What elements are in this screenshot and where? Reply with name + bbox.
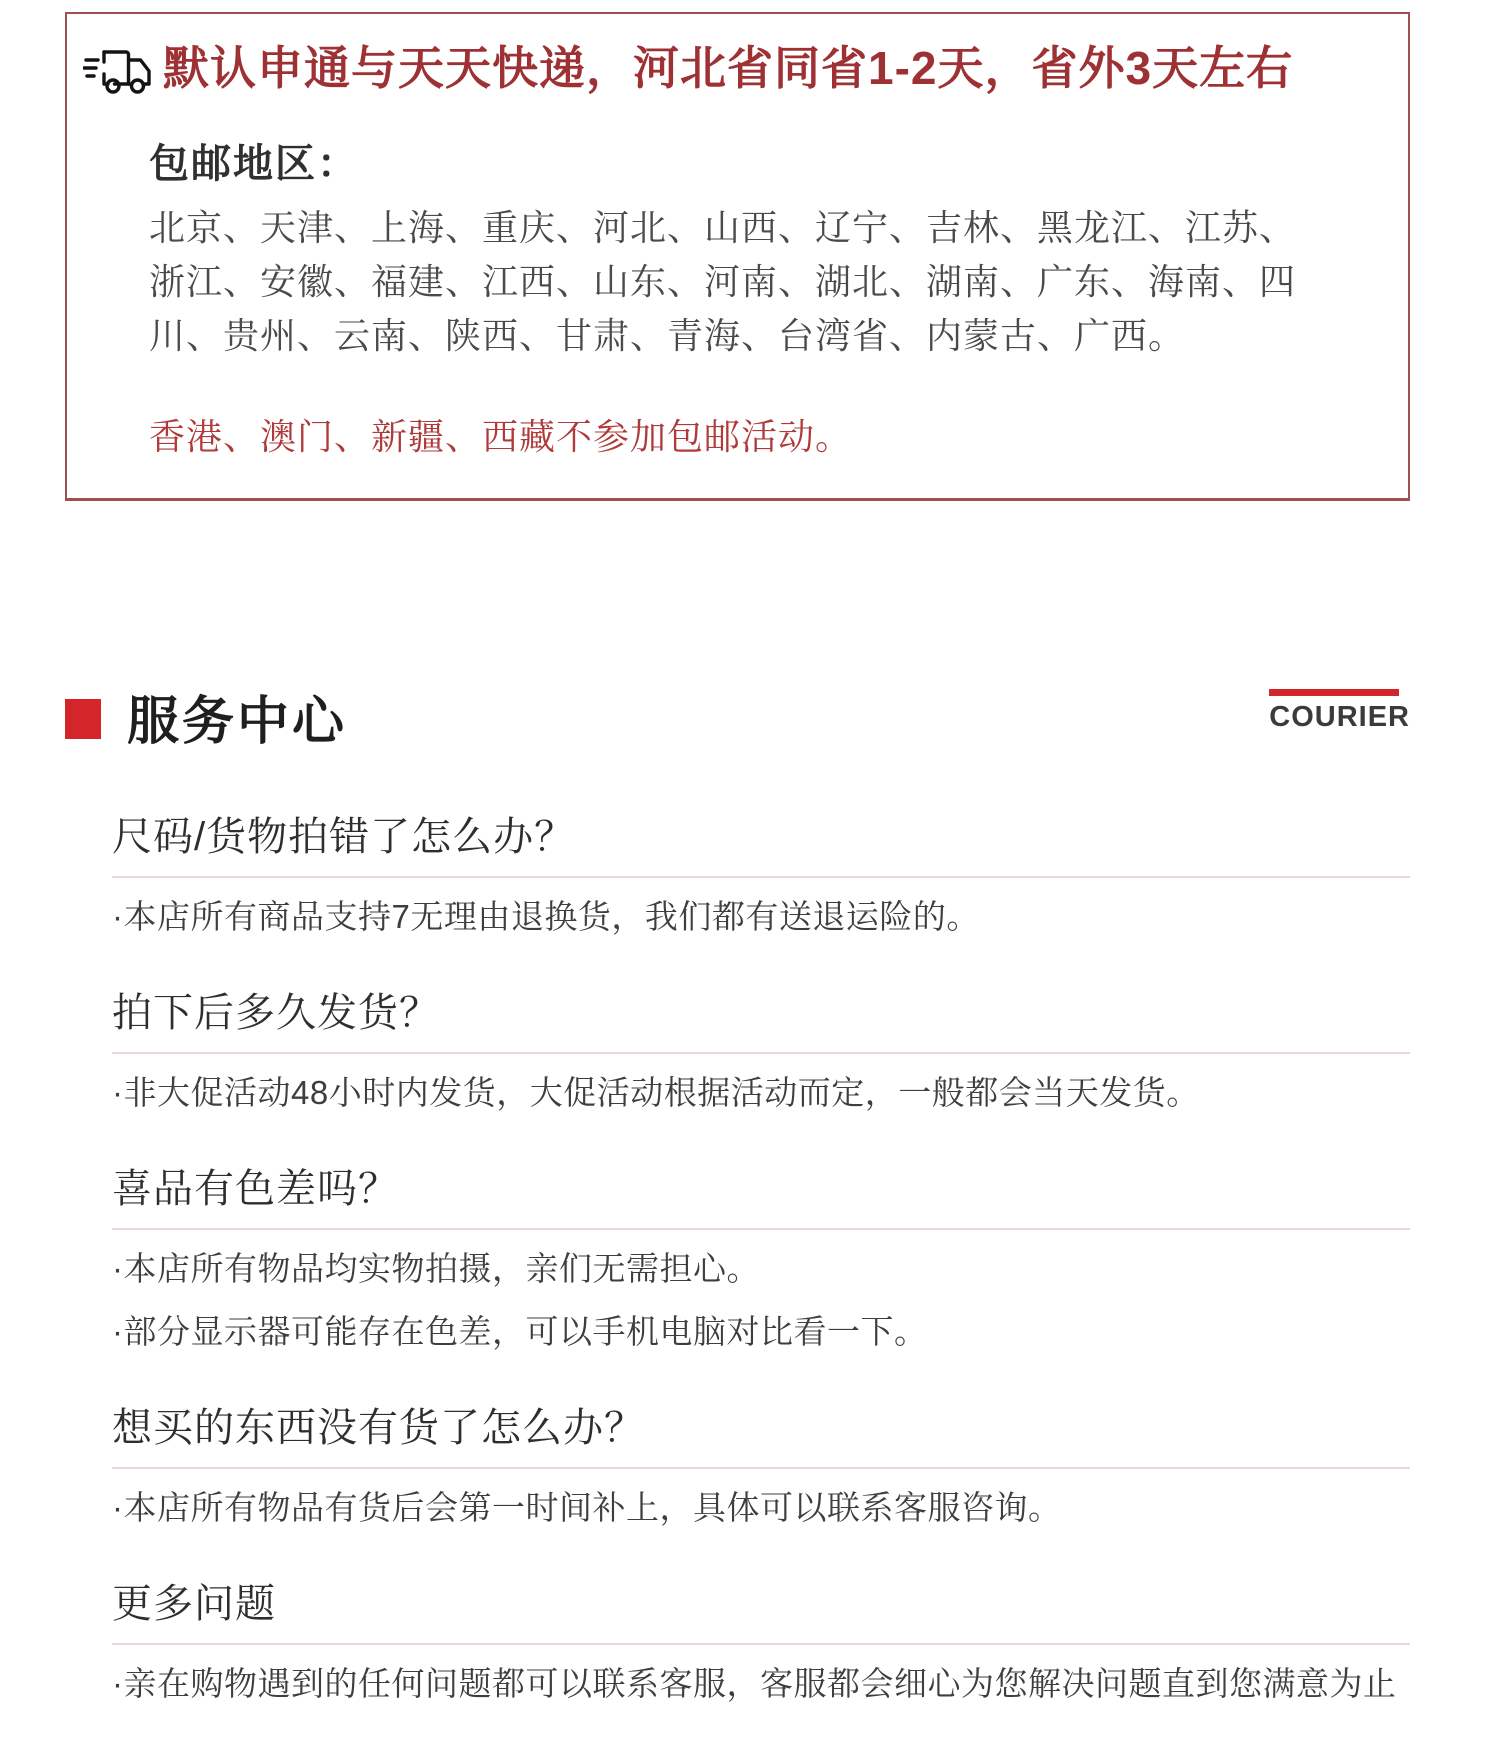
section-title: 服务中心	[127, 679, 347, 754]
faq-divider	[112, 1467, 1410, 1469]
faq-answer: ·亲在购物遇到的任何问题都可以联系客服，客服都会细心为您解决问题直到您满意为止	[112, 1661, 1410, 1707]
faq-list: 尺码/货物拍错了怎么办？·本店所有商品支持7无理由退换货，我们都有送退运险的。拍…	[112, 812, 1410, 1707]
service-center-header: 服务中心 COURIER	[65, 679, 1410, 754]
faq-item: 尺码/货物拍错了怎么办？·本店所有商品支持7无理由退换货，我们都有送退运险的。	[112, 812, 1410, 940]
faq-question: 更多问题	[112, 1579, 1410, 1629]
shipping-headline: 默认申通与天天快递，河北省同省1-2天，省外3天左右	[83, 40, 1378, 98]
faq-answer: ·本店所有商品支持7无理由退换货，我们都有送退运险的。	[112, 894, 1410, 940]
faq-divider	[112, 1228, 1410, 1230]
faq-answer: ·非大促活动48小时内发货，大促活动根据活动而定，一般都会当天发货。	[112, 1070, 1410, 1116]
faq-answer: ·本店所有物品有货后会第一时间补上，具体可以联系客服咨询。	[112, 1485, 1410, 1531]
faq-divider	[112, 1052, 1410, 1054]
faq-divider	[112, 876, 1410, 878]
faq-question: 喜品有色差吗？	[112, 1164, 1410, 1214]
shipping-headline-text: 默认申通与天天快递，河北省同省1-2天，省外3天左右	[163, 41, 1293, 96]
courier-label: COURIER	[1269, 701, 1410, 734]
faq-divider	[112, 1643, 1410, 1645]
faq-item: 喜品有色差吗？·本店所有物品均实物拍摄，亲们无需担心。·部分显示器可能存在色差，…	[112, 1164, 1410, 1354]
faq-question: 尺码/货物拍错了怎么办？	[112, 812, 1410, 862]
excluded-regions-note: 香港、澳门、新疆、西藏不参加包邮活动。	[149, 409, 1378, 460]
faq-answer: ·部分显示器可能存在色差，可以手机电脑对比看一下。	[112, 1309, 1410, 1355]
free-shipping-regions-title: 包邮地区：	[149, 132, 1378, 189]
faq-question: 拍下后多久发货？	[112, 988, 1410, 1038]
truck-icon	[83, 40, 155, 98]
faq-item: 拍下后多久发货？·非大促活动48小时内发货，大促活动根据活动而定，一般都会当天发…	[112, 988, 1410, 1116]
courier-red-bar	[1269, 689, 1399, 696]
faq-item: 想买的东西没有货了怎么办？·本店所有物品有货后会第一时间补上，具体可以联系客服咨…	[112, 1403, 1410, 1531]
courier-badge: COURIER	[1269, 689, 1410, 734]
faq-answer: ·本店所有物品均实物拍摄，亲们无需担心。	[112, 1246, 1410, 1292]
red-square-bullet-icon	[65, 699, 101, 739]
shipping-notice-box: 默认申通与天天快递，河北省同省1-2天，省外3天左右 包邮地区： 北京、天津、上…	[65, 12, 1410, 501]
free-shipping-regions-list: 北京、天津、上海、重庆、河北、山西、辽宁、吉林、黑龙江、江苏、浙江、安徽、福建、…	[149, 201, 1329, 363]
faq-item: 更多问题·亲在购物遇到的任何问题都可以联系客服，客服都会细心为您解决问题直到您满…	[112, 1579, 1410, 1707]
faq-question: 想买的东西没有货了怎么办？	[112, 1403, 1410, 1453]
